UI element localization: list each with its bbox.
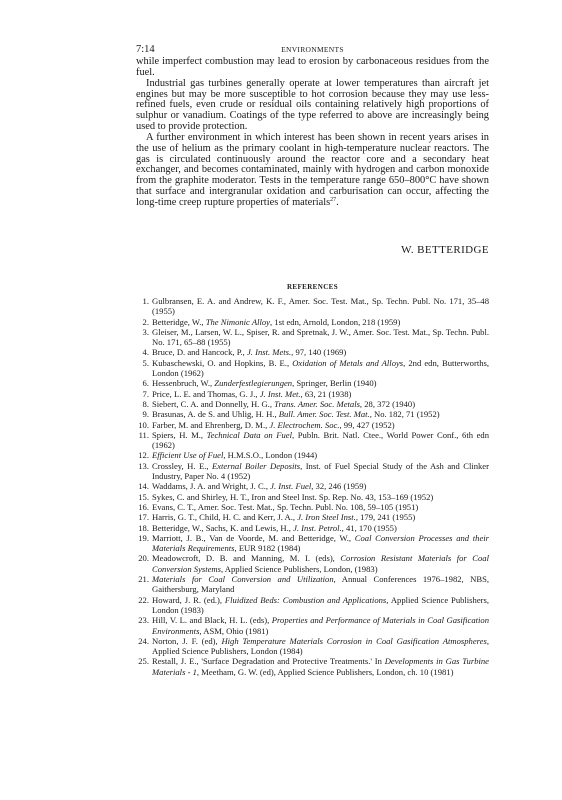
reference-details: , Meetham, G. W. (ed), Applied Science P… [197, 667, 454, 677]
reference-item: 18.Betteridge, W., Sachs, K. and Lewis, … [136, 523, 489, 533]
reference-item: 9.Brasunas, A. de S. and Uhlig, H. H., B… [136, 409, 489, 419]
reference-number: 13. [136, 461, 149, 471]
paragraph-3-end: . [336, 197, 339, 208]
document-page: 7:14 ENVIRONMENTS while imperfect combus… [0, 0, 562, 800]
reference-number: 1. [136, 296, 149, 306]
reference-number: 5. [136, 358, 149, 368]
reference-number: 20. [136, 553, 149, 563]
reference-item: 3.Gleiser, M., Larsen, W. L., Spiser, R.… [136, 327, 489, 348]
paragraph-2: Industrial gas turbines generally operat… [136, 79, 489, 133]
reference-text: Norton, J. F. (ed), [152, 636, 221, 646]
reference-item: 25.Restall, J. E., 'Surface Degradation … [136, 656, 489, 677]
reference-number: 6. [136, 378, 149, 388]
reference-title: J. Inst. Petrol. [293, 523, 342, 533]
reference-item: 10.Farber, M. and Ehrenberg, D. M., J. E… [136, 420, 489, 430]
reference-number: 2. [136, 317, 149, 327]
reference-text: Price, L. E. and Thomas, G. J., [152, 389, 260, 399]
reference-number: 25. [136, 656, 149, 666]
reference-item: 11.Spiers, H. M., Technical Data on Fuel… [136, 430, 489, 451]
reference-item: 15.Sykes, C. and Shirley, H. T., Iron an… [136, 492, 489, 502]
reference-item: 14.Waddams, J. A. and Wright, J. C., J. … [136, 481, 489, 491]
reference-title: Efficient Use of Fuel [152, 450, 223, 460]
reference-details: , 99, 427 (1952) [339, 420, 394, 430]
reference-title: Bull. Amer. Soc. Test. Mat. [279, 409, 370, 419]
reference-item: 13.Crossley, H. E., External Boiler Depo… [136, 461, 489, 482]
references-heading: REFERENCES [136, 283, 489, 291]
reference-item: 22.Howard, J. R. (ed.), Fluidized Beds: … [136, 595, 489, 616]
reference-title: Fluidized Beds: Combustion and Applicati… [225, 595, 386, 605]
reference-title: Trans. Amer. Soc. Metals [274, 399, 360, 409]
reference-item: 4.Bruce, D. and Hancock, P., J. Inst. Me… [136, 347, 489, 357]
reference-details: , 179, 241 (1955) [356, 512, 415, 522]
reference-text: Betteridge, W., Sachs, K. and Lewis, H., [152, 523, 293, 533]
reference-number: 14. [136, 481, 149, 491]
reference-text: Brasunas, A. de S. and Uhlig, H. H., [152, 409, 279, 419]
reference-item: 24.Norton, J. F. (ed), High Temperature … [136, 636, 489, 657]
reference-number: 17. [136, 512, 149, 522]
reference-number: 22. [136, 595, 149, 605]
reference-number: 19. [136, 533, 149, 543]
reference-title: J. Electrochem. Soc. [269, 420, 339, 430]
reference-title: J. Iron Steel Inst. [297, 512, 356, 522]
reference-details: , 28, 372 (1940) [360, 399, 415, 409]
reference-details: , 32, 246 (1959) [311, 481, 366, 491]
reference-text: Spiers, H. M., [152, 430, 207, 440]
reference-details: , 1st edn, Arnold, London, 218 (1959) [270, 317, 400, 327]
author-signature: W. BETTERIDGE [401, 244, 489, 256]
body-text: while imperfect combustion may lead to e… [136, 57, 489, 209]
reference-text: Restall, J. E., 'Surface Degradation and… [152, 656, 385, 666]
reference-details: , H.M.S.O., London (1944) [223, 450, 317, 460]
reference-item: 6.Hessenbruch, W., Zunderfestlegierungen… [136, 378, 489, 388]
reference-text: Meadowcroft, D. B. and Manning, M. I. (e… [152, 553, 340, 563]
reference-title: Zunderfestlegierungen [214, 378, 292, 388]
reference-text: Gleiser, M., Larsen, W. L., Spiser, R. a… [152, 327, 489, 347]
reference-number: 11. [136, 430, 149, 440]
reference-number: 15. [136, 492, 149, 502]
reference-title: Oxidation of Metals and Alloys [292, 358, 403, 368]
running-header: 7:14 ENVIRONMENTS [136, 44, 489, 56]
reference-number: 4. [136, 347, 149, 357]
reference-number: 24. [136, 636, 149, 646]
reference-text: Betteridge, W., [152, 317, 206, 327]
reference-title: J. Inst. Fuel [270, 481, 311, 491]
reference-number: 10. [136, 420, 149, 430]
reference-title: The Nimonic Alloy [206, 317, 270, 327]
reference-number: 23. [136, 615, 149, 625]
reference-details: , 41, 170 (1955) [342, 523, 397, 533]
reference-number: 3. [136, 327, 149, 337]
reference-text: Siebert, C. A. and Donnelly, H. G., [152, 399, 274, 409]
reference-item: 1.Gulbransen, E. A. and Andrew, K. F., A… [136, 296, 489, 317]
reference-text: Hill, V. L. and Black, H. L. (eds), [152, 615, 272, 625]
reference-text: Harris, G. T., Child, H. C. and Kerr, J.… [152, 512, 297, 522]
reference-details: , No. 182, 71 (1952) [370, 409, 440, 419]
reference-number: 7. [136, 389, 149, 399]
reference-text: Gulbransen, E. A. and Andrew, K. F., Ame… [152, 296, 489, 316]
reference-title: J. Inst. Met. [260, 389, 301, 399]
reference-text: Kubaschewski, O. and Hopkins, B. E., [152, 358, 292, 368]
reference-item: 7.Price, L. E. and Thomas, G. J., J. Ins… [136, 389, 489, 399]
reference-details: , ASM, Ohio (1981) [199, 626, 268, 636]
reference-number: 18. [136, 523, 149, 533]
reference-item: 21.Materials for Coal Conversion and Uti… [136, 574, 489, 595]
section-title: ENVIRONMENTS [136, 44, 489, 56]
reference-item: 16.Evans, C. T., Amer. Soc. Test. Mat., … [136, 502, 489, 512]
reference-text: Marriott, J. B., Van de Voorde, M. and B… [152, 533, 355, 543]
reference-details: , 63, 21 (1938) [301, 389, 352, 399]
reference-number: 12. [136, 450, 149, 460]
reference-details: , Applied Science Publishers, London, (1… [221, 564, 378, 574]
reference-text: Waddams, J. A. and Wright, J. C., [152, 481, 270, 491]
reference-text: Crossley, H. E., [152, 461, 212, 471]
paragraph-3-text: A further environment in which interest … [136, 132, 489, 208]
reference-number: 16. [136, 502, 149, 512]
references-list: 1.Gulbransen, E. A. and Andrew, K. F., A… [136, 296, 489, 677]
reference-item: 17.Harris, G. T., Child, H. C. and Kerr,… [136, 512, 489, 522]
reference-title: Materials for Coal Conversion and Utiliz… [152, 574, 334, 584]
reference-text: Howard, J. R. (ed.), [152, 595, 225, 605]
reference-number: 21. [136, 574, 149, 584]
reference-number: 9. [136, 409, 149, 419]
paragraph-1: while imperfect combustion may lead to e… [136, 57, 489, 79]
reference-text: Evans, C. T., Amer. Soc. Test. Mat., Sp.… [152, 502, 418, 512]
reference-text: Farber, M. and Ehrenberg, D. M., [152, 420, 269, 430]
reference-title: External Boiler Deposits [212, 461, 300, 471]
reference-item: 2.Betteridge, W., The Nimonic Alloy, 1st… [136, 317, 489, 327]
reference-item: 20.Meadowcroft, D. B. and Manning, M. I.… [136, 553, 489, 574]
reference-details: , Springer, Berlin (1940) [292, 378, 376, 388]
reference-text: Hessenbruch, W., [152, 378, 214, 388]
reference-details: , 97, 140 (1969) [291, 347, 346, 357]
reference-title: Technical Data on Fuel [207, 430, 292, 440]
reference-title: High Temperature Materials Corrosion in … [221, 636, 486, 646]
reference-text: Bruce, D. and Hancock, P., [152, 347, 247, 357]
reference-details: , EUR 9182 (1984) [235, 543, 301, 553]
reference-item: 5.Kubaschewski, O. and Hopkins, B. E., O… [136, 358, 489, 379]
reference-number: 8. [136, 399, 149, 409]
reference-item: 19.Marriott, J. B., Van de Voorde, M. an… [136, 533, 489, 554]
reference-item: 12.Efficient Use of Fuel, H.M.S.O., Lond… [136, 450, 489, 460]
reference-item: 8.Siebert, C. A. and Donnelly, H. G., Tr… [136, 399, 489, 409]
reference-text: Sykes, C. and Shirley, H. T., Iron and S… [152, 492, 433, 502]
reference-title: J. Inst. Mets. [247, 347, 291, 357]
reference-item: 23.Hill, V. L. and Black, H. L. (eds), P… [136, 615, 489, 636]
paragraph-3: A further environment in which interest … [136, 133, 489, 209]
